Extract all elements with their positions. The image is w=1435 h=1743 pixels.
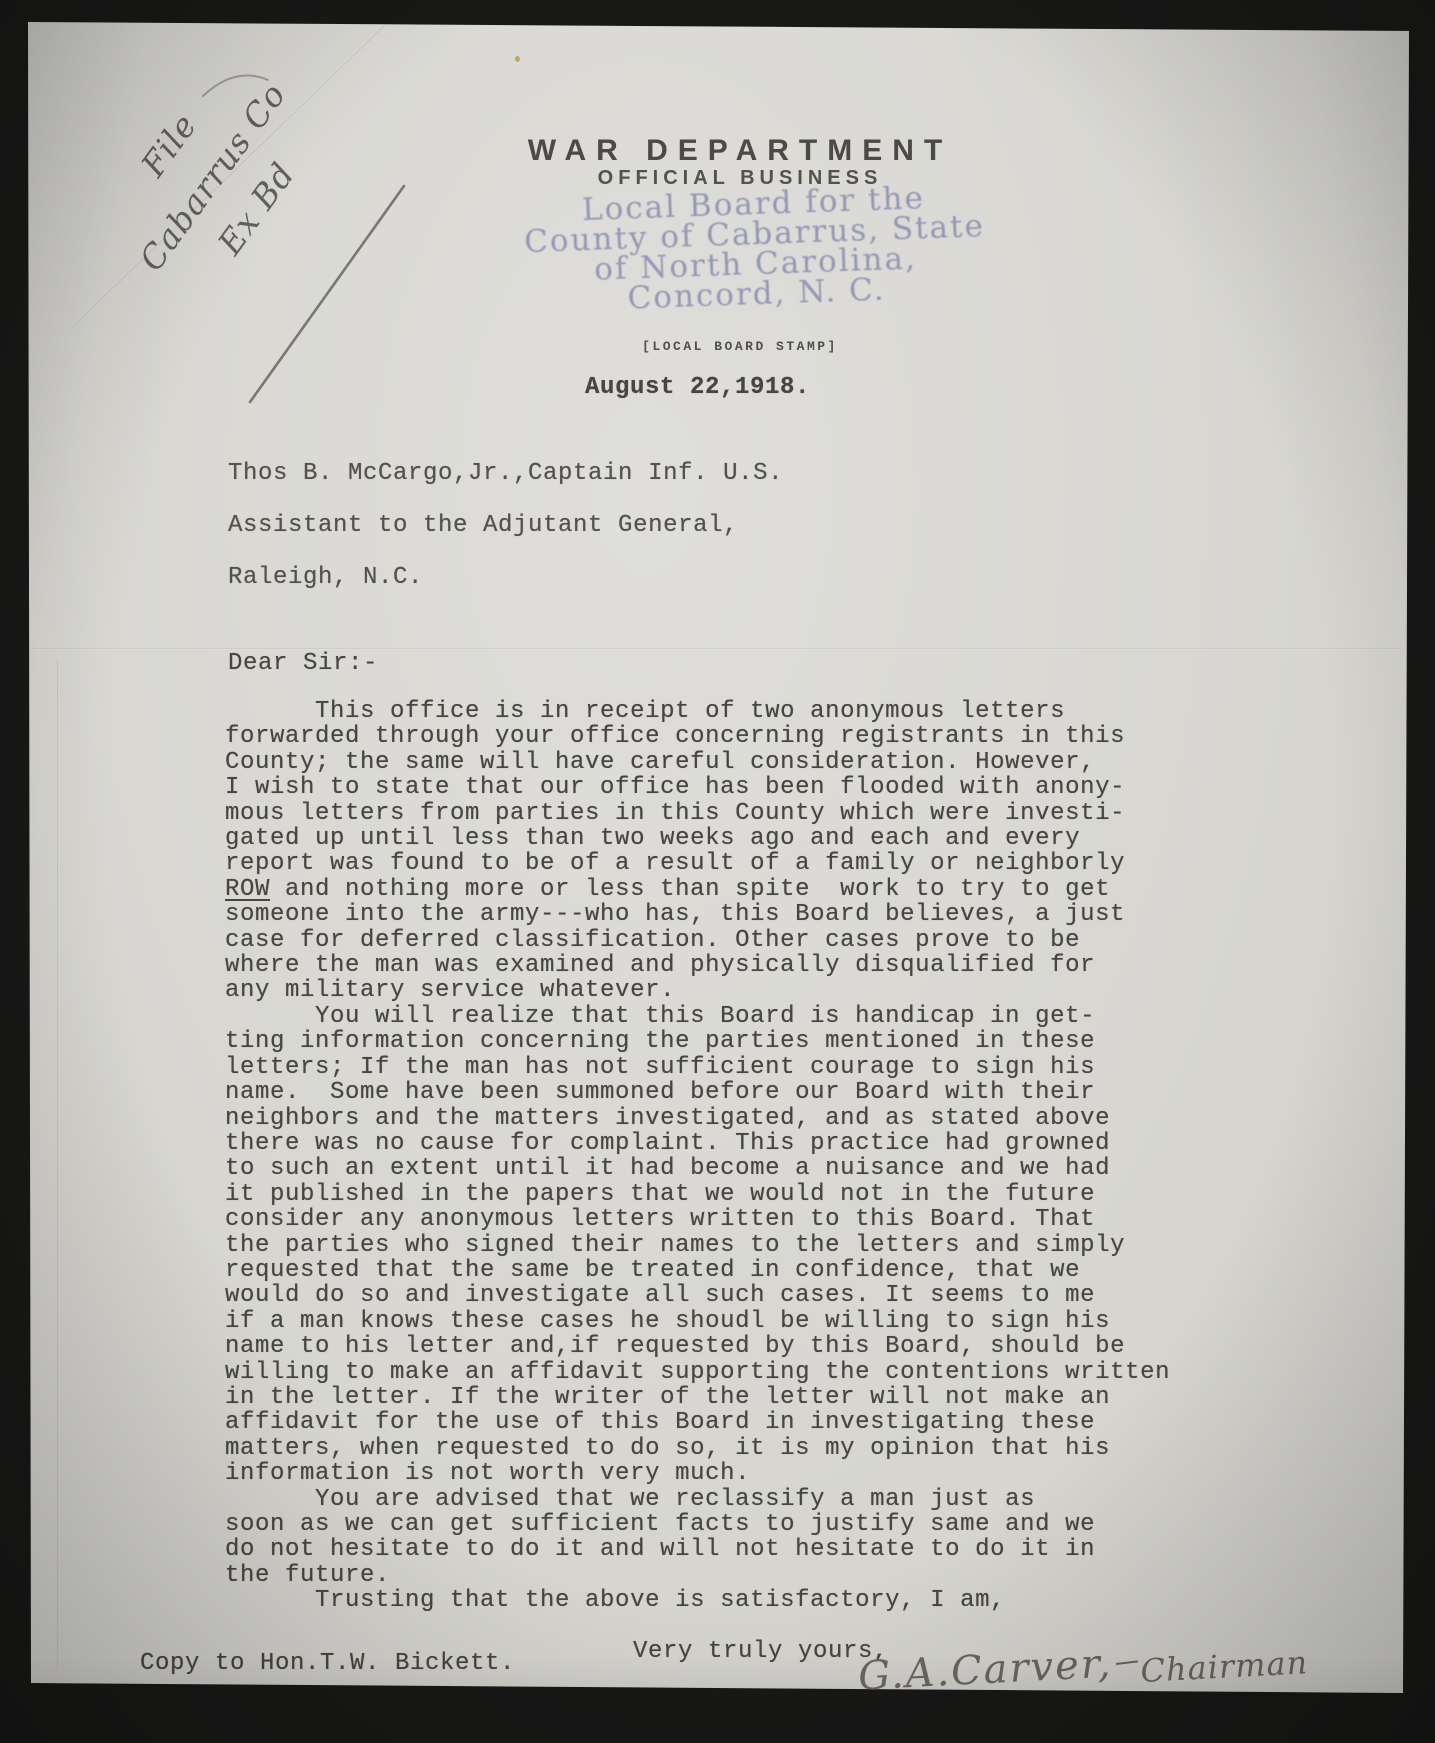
text-line: matters, when requested to do so, it is … xyxy=(225,1436,1170,1461)
text-line: would do so and investigate all such cas… xyxy=(225,1283,1170,1308)
text-line: case for deferred classification. Other … xyxy=(225,928,1170,953)
text-line: name. Some have been summoned before our… xyxy=(225,1080,1170,1105)
text-line: where the man was examined and physicall… xyxy=(225,953,1170,978)
text-line: Thos B. McCargo,Jr.,Captain Inf. U.S. xyxy=(228,448,783,500)
text-line: gated up until less than two weeks ago a… xyxy=(225,826,1170,851)
recipient-address: Thos B. McCargo,Jr.,Captain Inf. U.S.Ass… xyxy=(228,448,783,604)
text-line: there was no cause for complaint. This p… xyxy=(225,1131,1170,1156)
fold-crease-horizontal xyxy=(30,648,1402,649)
text-line: affidavit for the use of this Board in i… xyxy=(225,1410,1170,1435)
text-line: I wish to state that our office has been… xyxy=(225,775,1170,800)
copy-notation: Copy to Hon.T.W. Bickett. xyxy=(140,1650,515,1677)
text-line: someone into the army---who has, this Bo… xyxy=(225,902,1170,927)
text-line: do not hesitate to do it and will not he… xyxy=(225,1537,1170,1562)
valediction: Very truly yours, xyxy=(633,1638,888,1665)
text-line: willing to make an affidavit supporting … xyxy=(225,1360,1170,1385)
paper-speck xyxy=(515,56,520,62)
letterhead-title: WAR DEPARTMENT xyxy=(360,134,1120,168)
signature-connector xyxy=(1116,1660,1138,1665)
text-line: to such an extent until it had become a … xyxy=(225,1156,1170,1181)
text-line: County; the same will have careful consi… xyxy=(225,750,1170,775)
text-line: information is not worth very much. xyxy=(225,1461,1170,1486)
letter-date: August 22,1918. xyxy=(585,374,810,401)
text-line: consider any anonymous letters written t… xyxy=(225,1207,1170,1232)
text-line: any military service whatever. xyxy=(225,978,1170,1003)
text-line: ting information concerning the parties … xyxy=(225,1029,1170,1054)
photo-background: FileCabarrus CoEx Bd WAR DEPARTMENT OFFI… xyxy=(0,0,1435,1743)
text-line: ROW and nothing more or less than spite … xyxy=(225,877,1170,902)
text-line: neighbors and the matters investigated, … xyxy=(225,1106,1170,1131)
text-line: Trusting that the above is satisfactory,… xyxy=(225,1588,1170,1613)
text-line: letters; If the man has not sufficient c… xyxy=(225,1055,1170,1080)
text-line: report was found to be of a result of a … xyxy=(225,851,1170,876)
text-line: the parties who signed their names to th… xyxy=(225,1233,1170,1258)
text-line: requested that the same be treated in co… xyxy=(225,1258,1170,1283)
text-line: name to his letter and,if requested by t… xyxy=(225,1334,1170,1359)
text-line: Assistant to the Adjutant General, xyxy=(228,500,783,552)
text-line: it published in the papers that we would… xyxy=(225,1182,1170,1207)
text-line: if a man knows these cases he shoudl be … xyxy=(225,1309,1170,1334)
text-line: Raleigh, N.C. xyxy=(228,552,783,604)
text-line: forwarded through your office concerning… xyxy=(225,724,1170,749)
fold-crease-vertical xyxy=(57,660,58,1670)
letter-body: This office is in receipt of two anonymo… xyxy=(225,699,1170,1614)
stamp-caption: [LOCAL BOARD STAMP] xyxy=(360,339,1120,354)
salutation: Dear Sir:- xyxy=(228,650,378,677)
text-line: the future. xyxy=(225,1563,1170,1588)
text-line: This office is in receipt of two anonymo… xyxy=(225,699,1170,724)
text-line: You are advised that we reclassify a man… xyxy=(225,1487,1170,1512)
text-line: in the letter. If the writer of the lett… xyxy=(225,1385,1170,1410)
text-line: soon as we can get sufficient facts to j… xyxy=(225,1512,1170,1537)
text-line: You will realize that this Board is hand… xyxy=(225,1004,1170,1029)
text-line: mous letters from parties in this County… xyxy=(225,801,1170,826)
